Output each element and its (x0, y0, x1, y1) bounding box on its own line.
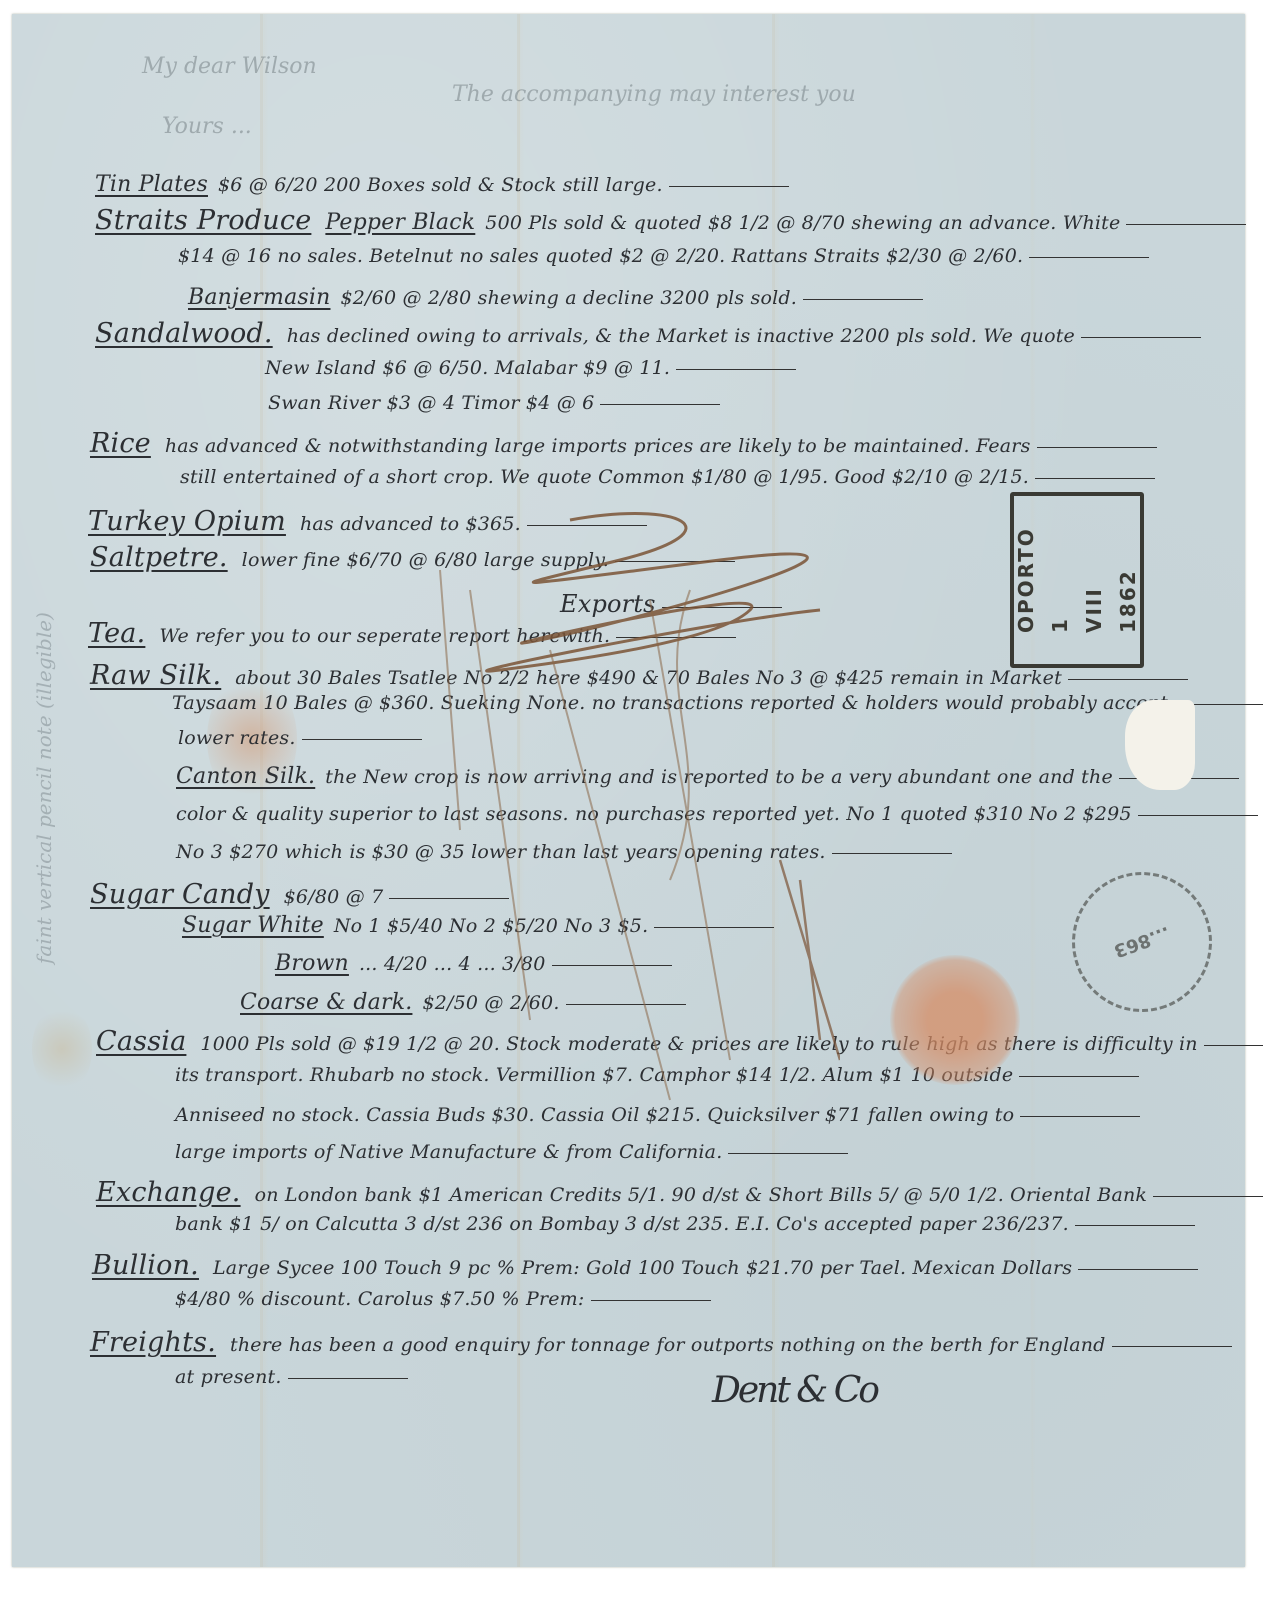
commodity-heading: Sugar Candy (90, 879, 270, 910)
report-line: color & quality superior to last seasons… (176, 803, 1258, 825)
line-text: lower fine $6/70 @ 6/80 large supply. (242, 549, 609, 571)
line-text: on London bank $1 American Credits 5/1. … (255, 1184, 1148, 1206)
line-text: $6 @ 6/20 200 Boxes sold & Stock still l… (218, 174, 663, 196)
line-text: Swan River $3 @ 4 Timor $4 @ 6 (268, 392, 594, 414)
line-filler-dash (832, 853, 952, 854)
report-line: Anniseed no stock. Cassia Buds $30. Cass… (175, 1104, 1140, 1126)
paper-tear (1125, 700, 1195, 790)
pencil-closing: Yours ... (162, 114, 252, 139)
commodity-subheading: Sugar White (182, 913, 324, 938)
line-filler-dash (288, 1378, 408, 1379)
report-line: Coarse & dark.$2/50 @ 2/60. (240, 990, 686, 1015)
line-text: We refer you to our seperate report here… (159, 625, 610, 647)
report-line: lower rates. (178, 727, 422, 749)
line-text: has declined owing to arrivals, & the Ma… (287, 325, 1075, 347)
report-line: Sugar WhiteNo 1 $5/40 No 2 $5/20 No 3 $5… (182, 913, 774, 938)
line-filler-dash (600, 404, 720, 405)
commodity-heading: Raw Silk. (90, 660, 221, 691)
wax-seal-stain (890, 955, 1020, 1085)
report-line: No 3 $270 which is $30 @ 35 lower than l… (176, 841, 952, 863)
line-text: about 30 Bales Tsatlee No 2/2 here $490 … (235, 667, 1062, 689)
report-line: Straits ProducePepper Black500 Pls sold … (95, 205, 1246, 236)
line-filler-dash (1075, 1225, 1195, 1226)
line-filler-dash (527, 525, 647, 526)
report-line: Banjermasin$2/60 @ 2/80 shewing a declin… (188, 285, 923, 310)
line-filler-dash (302, 739, 422, 740)
commodity-subheading: Tin Plates (95, 172, 208, 197)
report-line: bank $1 5/ on Calcutta 3 d/st 236 on Bom… (175, 1213, 1195, 1235)
report-line: large imports of Native Manufacture & fr… (175, 1141, 848, 1163)
line-text: $14 @ 16 no sales. Betelnut no sales quo… (178, 245, 1023, 267)
line-text: 500 Pls sold & quoted $8 1/2 @ 8/70 shew… (485, 212, 1120, 234)
commodity-heading: Freights. (90, 1327, 216, 1358)
signature: Dent & Co (712, 1370, 877, 1411)
report-line: Swan River $3 @ 4 Timor $4 @ 6 (268, 392, 720, 414)
line-filler-dash (566, 1004, 686, 1005)
commodity-subheading: Brown (275, 951, 349, 976)
commodity-subheading: Banjermasin (188, 285, 330, 310)
line-text: there has been a good enquiry for tonnag… (230, 1334, 1106, 1356)
report-line: Saltpetre.lower fine $6/70 @ 6/80 large … (90, 542, 735, 573)
line-text: its transport. Rhubarb no stock. Vermill… (175, 1064, 1013, 1086)
line-filler-dash (1204, 1045, 1263, 1046)
report-line: Sugar Candy$6/80 @ 7 (90, 879, 509, 910)
report-line: Turkey Opiumhas advanced to $365. (88, 506, 647, 537)
report-line: Tin Plates$6 @ 6/20 200 Boxes sold & Sto… (95, 172, 789, 197)
line-filler-dash (1081, 337, 1201, 338)
line-text: $2/60 @ 2/80 shewing a decline 3200 pls … (340, 287, 797, 309)
line-text: ... 4/20 ... 4 ... 3/80 (359, 953, 546, 975)
line-text: Anniseed no stock. Cassia Buds $30. Cass… (175, 1104, 1014, 1126)
line-text: still entertained of a short crop. We qu… (180, 466, 1029, 488)
report-line: New Island $6 @ 6/50. Malabar $9 @ 11. (265, 357, 796, 379)
report-line: $4/80 % discount. Carolus $7.50 % Prem: (175, 1288, 711, 1310)
line-filler-dash (1068, 679, 1188, 680)
boxed-postal-stamp: 1862 VIII 1 OPORTO (1010, 492, 1144, 668)
line-filler-dash (1112, 1346, 1232, 1347)
line-filler-dash (803, 299, 923, 300)
line-filler-dash (389, 898, 509, 899)
commodity-heading: Tea. (88, 618, 145, 649)
line-filler-dash (616, 637, 736, 638)
report-line: still entertained of a short crop. We qu… (180, 466, 1155, 488)
stamp-city: OPORTO (1014, 527, 1038, 633)
margin-pencil-note: faint vertical pencil note (illegible) (32, 144, 56, 964)
commodity-heading: Bullion. (92, 1250, 199, 1281)
line-text: the New crop is now arriving and is repo… (325, 766, 1113, 788)
line-text: has advanced & notwithstanding large imp… (165, 435, 1031, 457)
line-filler-dash (591, 1300, 711, 1301)
commodity-heading: Rice (90, 428, 151, 459)
line-text: New Island $6 @ 6/50. Malabar $9 @ 11. (265, 357, 670, 379)
line-text: lower rates. (178, 727, 296, 749)
report-line: Exports (560, 590, 782, 618)
report-line: Taysaam 10 Bales @ $360. Sueking None. n… (172, 692, 1263, 714)
line-text: Large Sycee 100 Touch 9 pc % Prem: Gold … (213, 1257, 1072, 1279)
pencil-salutation: My dear Wilson (142, 54, 317, 79)
report-line: $14 @ 16 no sales. Betelnut no sales quo… (178, 245, 1149, 267)
line-filler-dash (552, 965, 672, 966)
line-filler-dash (1019, 1076, 1139, 1077)
line-filler-dash (615, 561, 735, 562)
report-line: at present. (175, 1366, 408, 1388)
line-text: $4/80 % discount. Carolus $7.50 % Prem: (175, 1288, 585, 1310)
postmark-text: ...863 (1111, 922, 1173, 962)
commodity-heading: Straits Produce (95, 205, 311, 236)
report-line: Tea.We refer you to our seperate report … (88, 618, 736, 649)
report-line: Exchange.on London bank $1 American Cred… (96, 1177, 1263, 1208)
line-text: No 3 $270 which is $30 @ 35 lower than l… (176, 841, 826, 863)
stamp-day: 1 (1048, 527, 1072, 633)
commodity-subheading: Pepper Black (325, 210, 475, 235)
line-text: large imports of Native Manufacture & fr… (175, 1141, 722, 1163)
commodity-subheading: Coarse & dark. (240, 990, 412, 1015)
report-line: Brown... 4/20 ... 4 ... 3/80 (275, 951, 672, 976)
stamp-month: VIII (1082, 527, 1106, 633)
report-line: Freights.there has been a good enquiry f… (90, 1327, 1232, 1358)
line-filler-dash (654, 927, 774, 928)
report-line: Ricehas advanced & notwithstanding large… (90, 428, 1157, 459)
line-filler-dash (728, 1153, 848, 1154)
stamp-year: 1862 (1116, 527, 1140, 633)
line-filler-dash (662, 607, 782, 608)
report-line: Sandalwood.has declined owing to arrival… (95, 318, 1201, 349)
commodity-heading: Saltpetre. (90, 542, 228, 573)
line-text: color & quality superior to last seasons… (176, 803, 1132, 825)
commodity-heading: Sandalwood. (95, 318, 273, 349)
commodity-heading: Exchange. (96, 1177, 241, 1208)
line-filler-dash (1037, 447, 1157, 448)
report-line: Cassia1000 Pls sold @ $19 1/2 @ 20. Stoc… (96, 1026, 1263, 1057)
line-filler-dash (1138, 815, 1258, 816)
line-filler-dash (1029, 257, 1149, 258)
line-text: has advanced to $365. (300, 513, 521, 535)
stain (32, 1004, 92, 1094)
line-filler-dash (676, 369, 796, 370)
line-text: 1000 Pls sold @ $19 1/2 @ 20. Stock mode… (200, 1033, 1197, 1055)
line-text: $6/80 @ 7 (284, 886, 384, 908)
line-text: bank $1 5/ on Calcutta 3 d/st 236 on Bom… (175, 1213, 1069, 1235)
line-text: Taysaam 10 Bales @ $360. Sueking None. n… (172, 692, 1168, 714)
line-text: $2/50 @ 2/60. (422, 992, 559, 1014)
line-filler-dash (1153, 1196, 1263, 1197)
commodity-subheading: Canton Silk. (176, 764, 315, 789)
pencil-note-line: The accompanying may interest you (452, 82, 856, 107)
line-text: No 1 $5/40 No 2 $5/20 No 3 $5. (334, 915, 649, 937)
line-filler-dash (1020, 1116, 1140, 1117)
line-text: at present. (175, 1366, 282, 1388)
line-filler-dash (1126, 224, 1246, 225)
report-line: Canton Silk.the New crop is now arriving… (176, 764, 1239, 789)
report-line: Bullion.Large Sycee 100 Touch 9 pc % Pre… (92, 1250, 1198, 1281)
commodity-heading: Turkey Opium (88, 506, 286, 537)
line-filler-dash (1035, 478, 1155, 479)
commodity-heading: Cassia (96, 1026, 186, 1057)
line-text: Exports (560, 590, 656, 618)
line-filler-dash (669, 186, 789, 187)
line-filler-dash (1078, 1269, 1198, 1270)
